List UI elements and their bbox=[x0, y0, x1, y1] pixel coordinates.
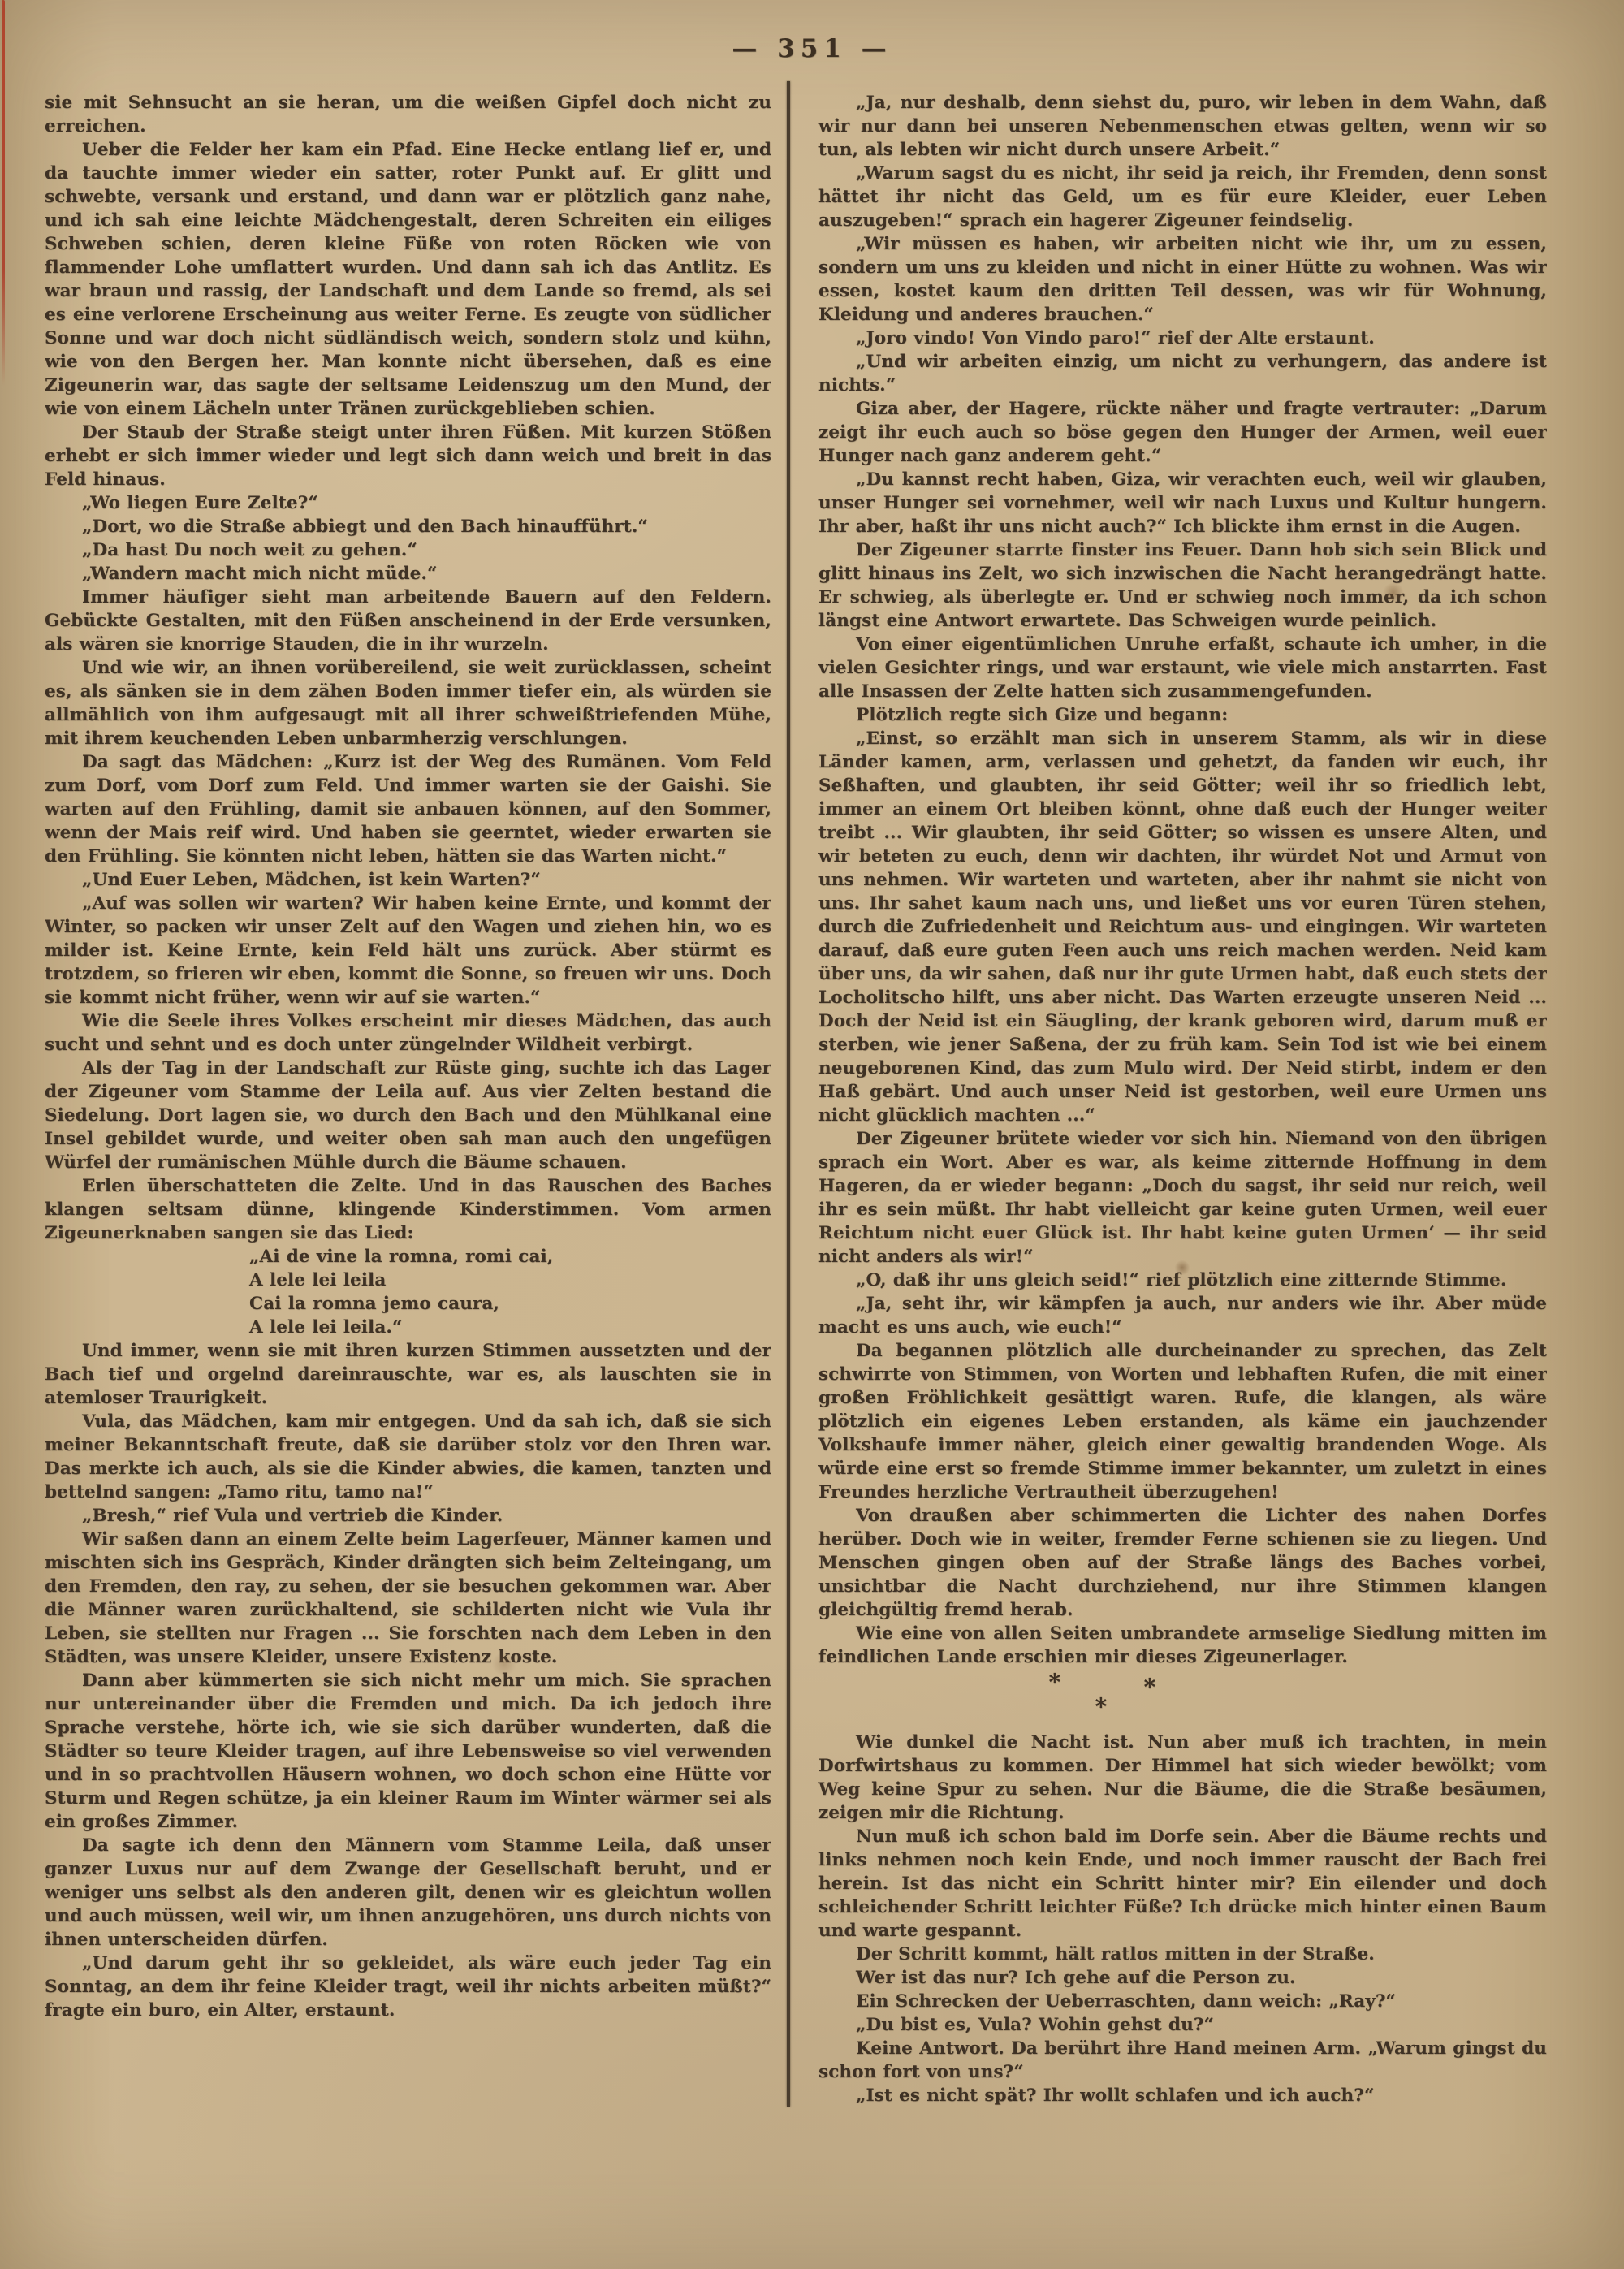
paragraph: Ueber die Felder her kam ein Pfad. Eine … bbox=[45, 138, 771, 421]
paragraph: „Wandern macht mich nicht müde.“ bbox=[45, 562, 771, 586]
paragraph: „Bresh,“ rief Vula und vertrieb die Kind… bbox=[45, 1504, 771, 1528]
paragraph: „Joro vindo! Von Vindo paro!“ rief der A… bbox=[818, 326, 1547, 350]
paragraph: sie mit Sehnsucht an sie heran, um die w… bbox=[45, 91, 771, 138]
paragraph: „Ja, nur deshalb, denn siehst du, puro, … bbox=[818, 91, 1547, 162]
paragraph: „Ai de vine la romna, romi cai, A lele l… bbox=[45, 1245, 771, 1339]
paragraph: Plötzlich regte sich Gize und begann: bbox=[818, 703, 1547, 727]
paragraph: „Wo liegen Eure Zelte?“ bbox=[45, 491, 771, 515]
column-divider-rule bbox=[787, 81, 790, 2107]
paragraph: „Da hast Du noch weit zu gehen.“ bbox=[45, 538, 771, 562]
column-left: sie mit Sehnsucht an sie heran, um die w… bbox=[45, 91, 771, 2174]
paragraph: Als der Tag in der Landschaft zur Rüste … bbox=[45, 1057, 771, 1174]
paragraph: Da sagte ich denn den Männern vom Stamme… bbox=[45, 1834, 771, 1951]
paragraph: Wie dunkel die Nacht ist. Nun aber muß i… bbox=[818, 1731, 1547, 1825]
column-right: „Ja, nur deshalb, denn siehst du, puro, … bbox=[818, 91, 1547, 2174]
paragraph: Und immer, wenn sie mit ihren kurzen Sti… bbox=[45, 1339, 771, 1410]
paragraph: „Dort, wo die Straße abbiegt und den Bac… bbox=[45, 515, 771, 538]
separator-asterisk: * bbox=[1095, 1695, 1108, 1718]
paragraph: „O, daß ihr uns gleich seid!“ rief plötz… bbox=[818, 1268, 1547, 1292]
paragraph: „Auf was sollen wir warten? Wir haben ke… bbox=[45, 892, 771, 1009]
paragraph: „Ja, seht ihr, wir kämpfen ja auch, nur … bbox=[818, 1292, 1547, 1339]
paragraph: „Und Euer Leben, Mädchen, ist kein Warte… bbox=[45, 868, 771, 892]
section-separator: *** bbox=[818, 1669, 1547, 1731]
paragraph: Wer ist das nur? Ich gehe auf die Person… bbox=[818, 1966, 1547, 1990]
paragraph: Wie eine von allen Seiten umbrandete arm… bbox=[818, 1622, 1547, 1669]
paragraph: „Ist es nicht spät? Ihr wollt schlafen u… bbox=[818, 2084, 1547, 2107]
paragraph: Der Zigeuner brütete wieder vor sich hin… bbox=[818, 1127, 1547, 1268]
paragraph: Da sagt das Mädchen: „Kurz ist der Weg d… bbox=[45, 750, 771, 868]
paragraph: Ein Schrecken der Ueberraschten, dann we… bbox=[818, 1990, 1547, 2013]
paragraph: „Und wir arbeiten einzig, um nicht zu ve… bbox=[818, 350, 1547, 397]
paragraph: „Du bist es, Vula? Wohin gehst du?“ bbox=[818, 2013, 1547, 2037]
paragraph: „Warum sagst du es nicht, ihr seid ja re… bbox=[818, 162, 1547, 232]
paragraph: Immer häufiger sieht man arbeitende Baue… bbox=[45, 586, 771, 656]
paragraph: Der Zigeuner starrte finster ins Feuer. … bbox=[818, 538, 1547, 633]
separator-asterisk: * bbox=[1144, 1675, 1156, 1699]
paragraph: Wie die Seele ihres Volkes erscheint mir… bbox=[45, 1009, 771, 1057]
paragraph: Von einer eigentümlichen Unruhe erfaßt, … bbox=[818, 633, 1547, 703]
scanned-book-page: { "page": { "header": "— 351 —", "langua… bbox=[0, 0, 1624, 2269]
page-number: — 351 — bbox=[0, 34, 1624, 63]
paragraph: Nun muß ich schon bald im Dorfe sein. Ab… bbox=[818, 1825, 1547, 1943]
paragraph: Der Schritt kommt, hält ratlos mitten in… bbox=[818, 1943, 1547, 1966]
paragraph: Da begannen plötzlich alle durcheinander… bbox=[818, 1339, 1547, 1504]
paragraph: „Und darum geht ihr so gekleidet, als wä… bbox=[45, 1951, 771, 2022]
paragraph: Der Staub der Straße steigt unter ihren … bbox=[45, 421, 771, 491]
paragraph: Und wie wir, an ihnen vorübereilend, sie… bbox=[45, 656, 771, 750]
paragraph: „Wir müssen es haben, wir arbeiten nicht… bbox=[818, 232, 1547, 326]
paragraph: Vula, das Mädchen, kam mir entgegen. Und… bbox=[45, 1410, 771, 1504]
paragraph: „Du kannst recht haben, Giza, wir verach… bbox=[818, 468, 1547, 538]
paragraph: Von draußen aber schimmerten die Lichter… bbox=[818, 1504, 1547, 1622]
separator-asterisk: * bbox=[1049, 1670, 1061, 1694]
paragraph: Keine Antwort. Da berührt ihre Hand mein… bbox=[818, 2037, 1547, 2084]
paragraph: Erlen überschatteten die Zelte. Und in d… bbox=[45, 1174, 771, 1245]
paragraph: Giza aber, der Hagere, rückte näher und … bbox=[818, 397, 1547, 468]
paragraph: „Einst, so erzählt man sich in unserem S… bbox=[818, 727, 1547, 1127]
paragraph: Dann aber kümmerten sie sich nicht mehr … bbox=[45, 1669, 771, 1834]
paragraph: Wir saßen dann an einem Zelte beim Lager… bbox=[45, 1528, 771, 1669]
